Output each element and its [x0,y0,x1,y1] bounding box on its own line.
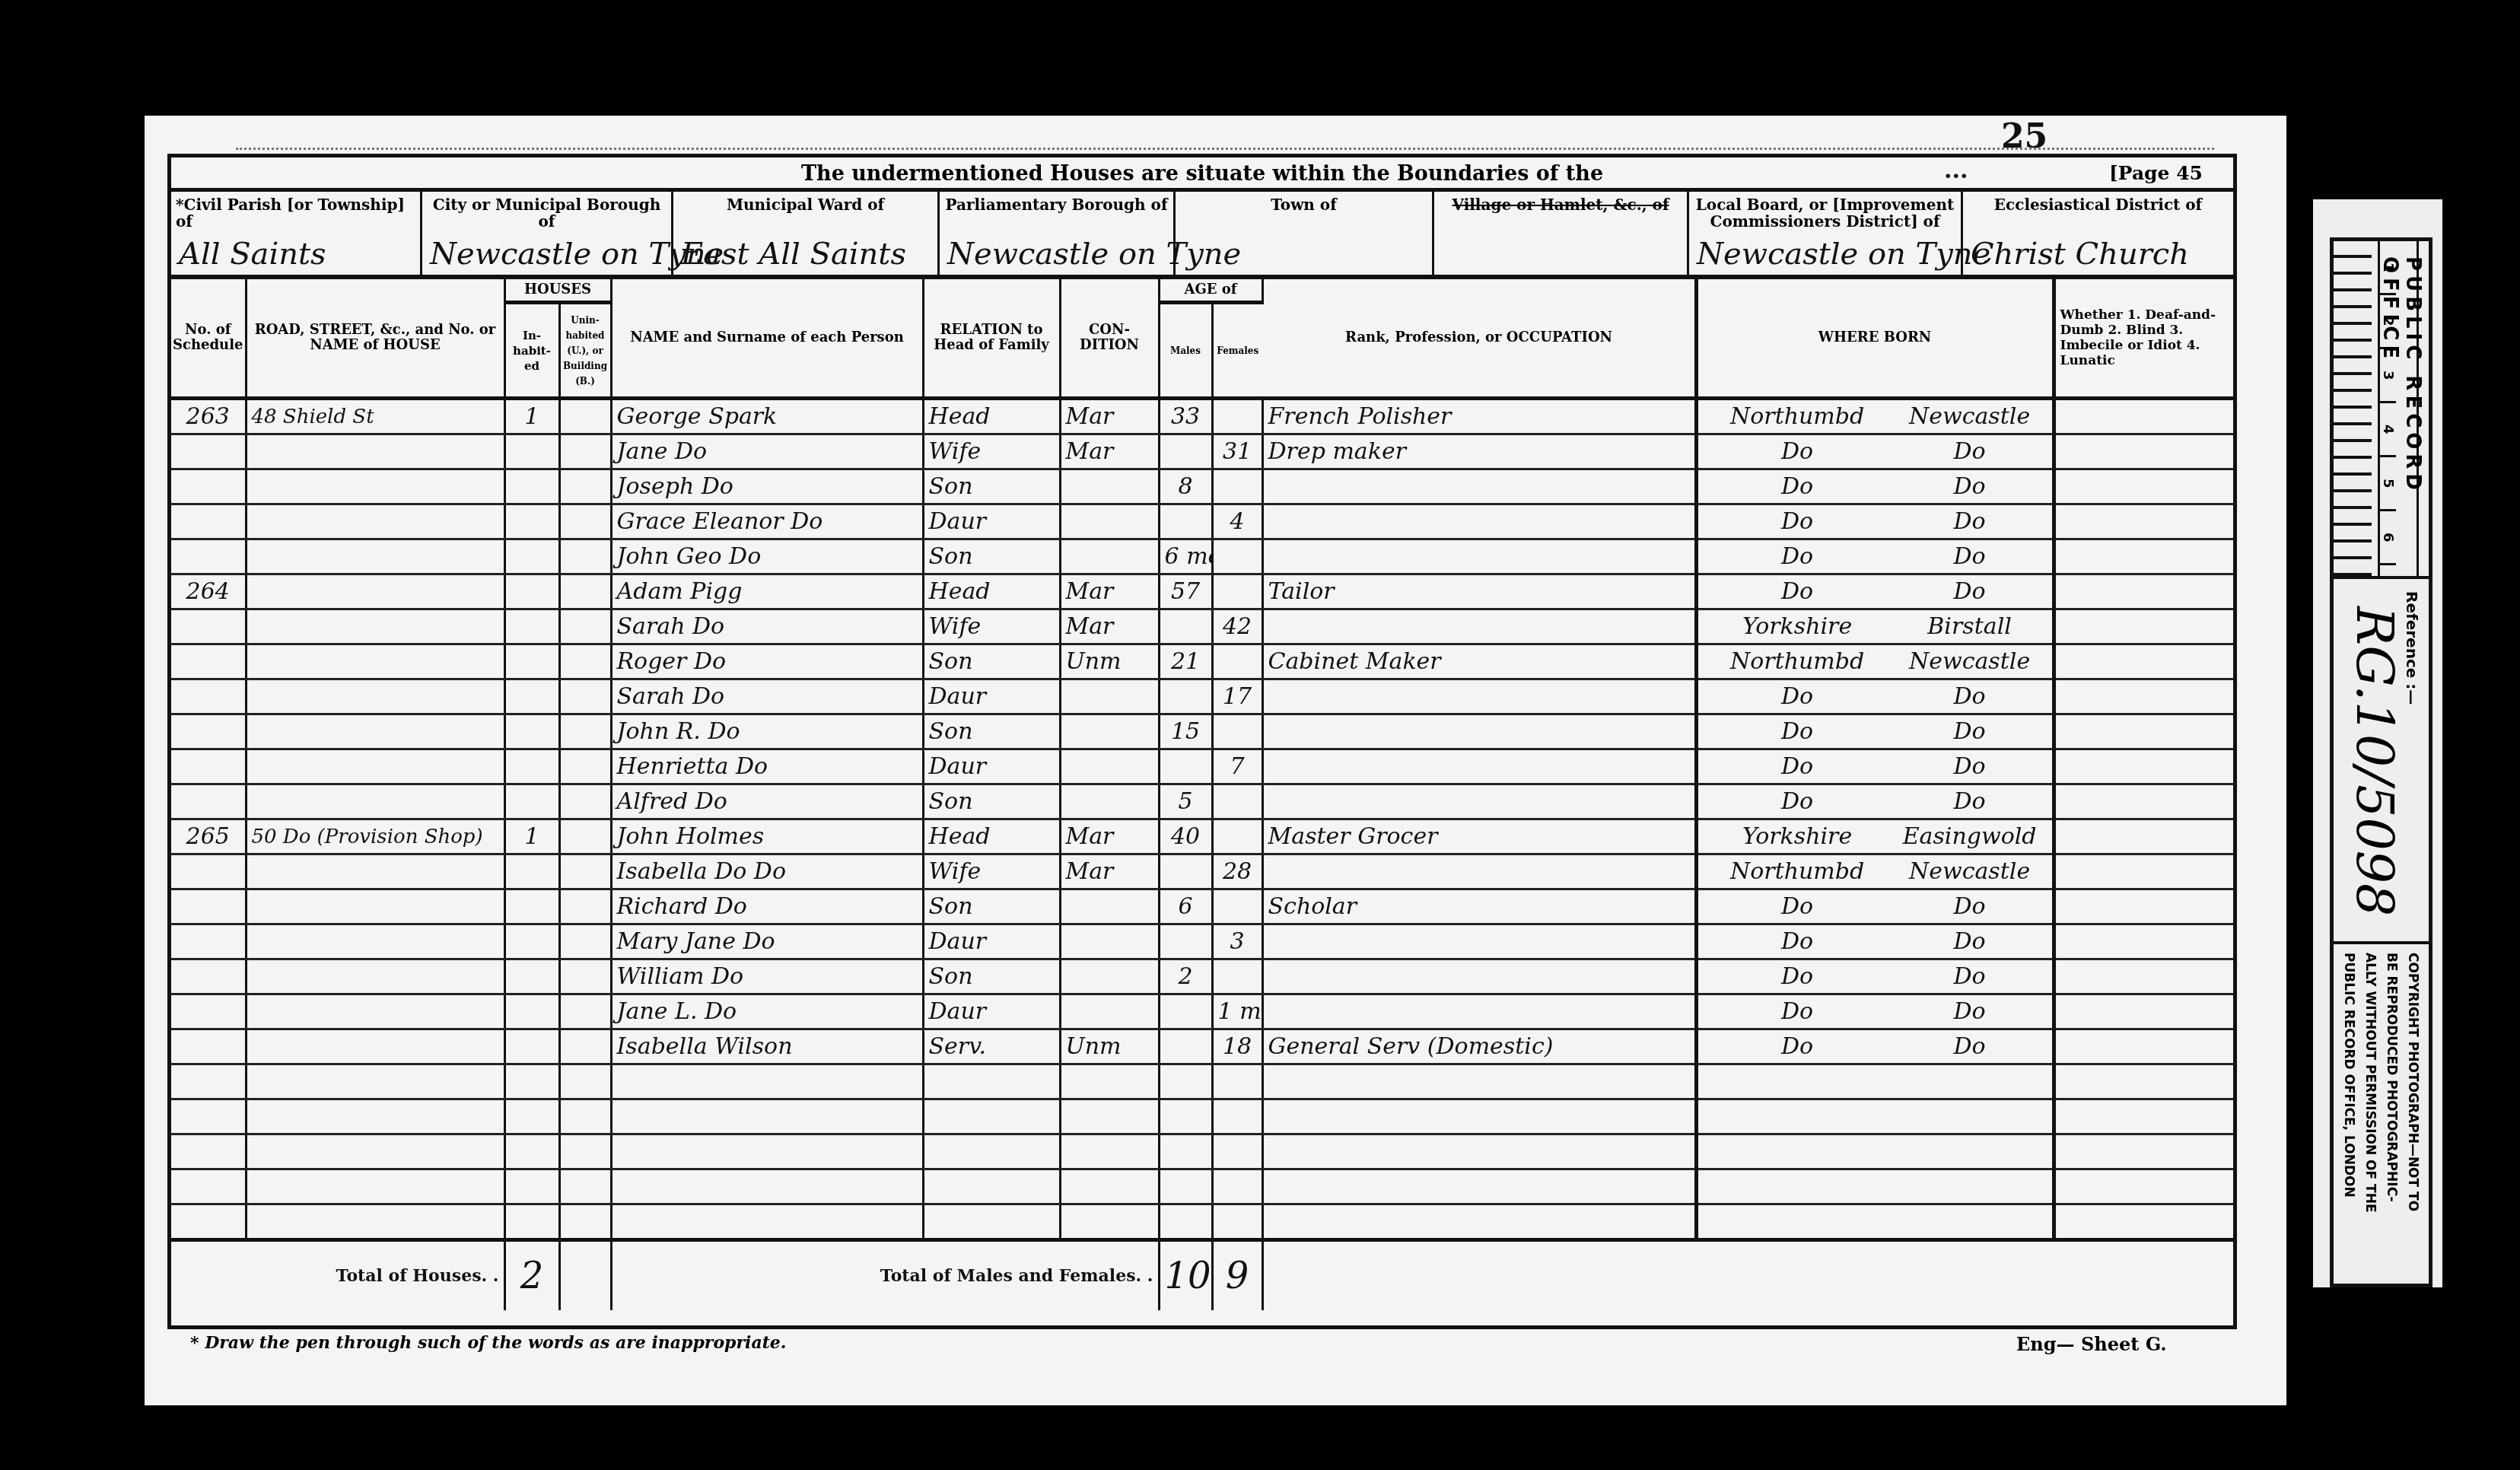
row-male-age [1159,1099,1212,1134]
table-row: Richard DoSon6ScholarDoDo [171,889,2233,924]
row-inhabited [504,1064,559,1099]
total-houses-value: 2 [504,1240,559,1311]
row-female-age: 4 [1212,504,1262,539]
total-houses-label: Total of Houses. . [171,1240,504,1311]
row-occupation [1262,749,1696,784]
row-male-age [1159,1204,1212,1240]
row-infirmity [2054,574,2233,609]
copyright-line: BE REPRODUCED PHOTOGRAPHIC- [2382,953,2401,1280]
row-condition: Unm [1060,644,1159,679]
row-female-age [1212,469,1262,504]
row-schedule [171,539,246,574]
header-males: Males [1159,303,1212,399]
folio-number: 25 [2001,117,2048,156]
row-name: Sarah Do [611,609,923,644]
row-where-born: DoDo [1696,749,2054,784]
row-schedule [171,994,246,1029]
row-address [246,1204,504,1240]
banner-title: The undermentioned Houses are situate wi… [171,162,2233,186]
row-address [246,644,504,679]
row-where-born: DoDo [1696,994,2054,1029]
row-relation: Wife [923,434,1060,469]
copyright-notice: COPYRIGHT PHOTOGRAPH—NOT TO BE REPRODUCE… [2334,945,2429,1284]
row-address [246,574,504,609]
row-inhabited [504,1134,559,1169]
row-occupation [1262,854,1696,889]
row-uninhabited [559,1204,611,1240]
row-uninhabited [559,784,611,819]
district-value: East All Saints [681,237,906,272]
row-schedule: 265 [171,819,246,854]
table-row: Sarah DoWifeMar42YorkshireBirstall [171,609,2233,644]
district-village: Village or Hamlet, &c., of [1434,192,1689,275]
born-county: Do [1703,543,1892,570]
row-uninhabited [559,1029,611,1064]
row-relation: Daur [923,994,1060,1029]
dotted-rule [236,148,2214,150]
row-name: Jane Do [611,434,923,469]
row-male-age [1159,1134,1212,1169]
row-male-age [1159,854,1212,889]
born-county: Yorkshire [1703,823,1892,850]
row-occupation [1262,609,1696,644]
born-place: Do [1892,1033,2048,1060]
header-condition: CON-DITION [1060,279,1159,399]
born-county: Northumbd [1703,648,1892,675]
row-inhabited [504,924,559,959]
row-name: John Holmes [611,819,923,854]
row-name [611,1064,923,1099]
row-where-born: YorkshireEasingwold [1696,819,2054,854]
born-place: Do [1892,543,2048,570]
sheet-label: Eng— Sheet G. [2016,1333,2167,1355]
total-males-value: 10 [1159,1240,1212,1311]
table-row: Jane L. DoDaur1 moDoDo [171,994,2233,1029]
row-schedule [171,504,246,539]
row-name: Sarah Do [611,679,923,714]
district-label: Parliamentary Borough of [940,196,1173,213]
row-female-age: 18 [1212,1029,1262,1064]
born-place: Do [1892,578,2048,605]
born-place: Do [1892,753,2048,780]
row-condition: Mar [1060,399,1159,434]
table-row: John Geo DoSon6 moDoDo [171,539,2233,574]
row-occupation: Drep maker [1262,434,1696,469]
row-condition [1060,749,1159,784]
header-age: AGE of [1159,279,1262,303]
row-infirmity [2054,1204,2233,1240]
row-occupation [1262,469,1696,504]
row-inhabited [504,784,559,819]
total-uninhabited-cell [559,1240,611,1311]
row-male-age: 6 mo [1159,539,1212,574]
district-value: Newcastle on Tyne [1697,237,1990,272]
row-female-age [1212,1064,1262,1099]
row-occupation [1262,924,1696,959]
table-row: Jane DoWifeMar31Drep makerDoDo [171,434,2233,469]
row-schedule [171,854,246,889]
born-place: Birstall [1892,613,2048,640]
row-uninhabited [559,889,611,924]
row-inhabited [504,1204,559,1240]
row-schedule [171,924,246,959]
total-persons-label: Total of Males and Females. . [611,1240,1159,1311]
reference-value: RG.10/5098 [2344,606,2404,916]
row-schedule [171,1169,246,1204]
row-address: 50 Do (Provision Shop) [246,819,504,854]
row-inhabited [504,1169,559,1204]
row-name [611,1169,923,1204]
row-uninhabited [559,994,611,1029]
row-relation: Head [923,819,1060,854]
row-uninhabited [559,1064,611,1099]
row-male-age [1159,749,1212,784]
district-label: Town of [1176,196,1432,213]
row-uninhabited [559,399,611,434]
row-infirmity [2054,819,2233,854]
row-female-age [1212,644,1262,679]
totals-row: Total of Houses. . 2 Total of Males and … [171,1240,2233,1311]
row-name: John Geo Do [611,539,923,574]
copyright-line: ALLY WITHOUT PERMISSION OF THE [2360,953,2380,1280]
born-place: Do [1892,963,2048,990]
table-row [171,1064,2233,1099]
row-schedule [171,784,246,819]
row-name: Adam Pigg [611,574,923,609]
row-infirmity [2054,924,2233,959]
born-county: Do [1703,893,1892,920]
row-condition: Mar [1060,574,1159,609]
row-schedule [171,749,246,784]
row-name: William Do [611,959,923,994]
row-infirmity [2054,609,2233,644]
born-county: Northumbd [1703,403,1892,430]
row-occupation [1262,714,1696,749]
row-uninhabited [559,644,611,679]
row-uninhabited [559,924,611,959]
row-name: Henrietta Do [611,749,923,784]
pro-header: PUBLIC RECORD OFFICE [2378,256,2424,576]
row-inhabited [504,504,559,539]
row-where-born: NorthumbdNewcastle [1696,854,2054,889]
district-local-board: Local Board, or [Improvement Commissione… [1689,192,1963,275]
row-female-age: 1 mo [1212,994,1262,1029]
row-address [246,1029,504,1064]
row-address [246,504,504,539]
row-uninhabited [559,504,611,539]
row-address [246,434,504,469]
born-place: Do [1892,998,2048,1025]
row-condition [1060,784,1159,819]
row-where-born: DoDo [1696,959,2054,994]
born-county: Do [1703,473,1892,500]
row-condition: Mar [1060,819,1159,854]
row-name: Isabella Do Do [611,854,923,889]
row-name [611,1134,923,1169]
header-schedule: No. of Schedule [171,279,246,399]
row-relation [923,1134,1060,1169]
row-female-age: 3 [1212,924,1262,959]
row-inhabited [504,889,559,924]
row-name [611,1099,923,1134]
row-address [246,959,504,994]
row-condition [1060,504,1159,539]
header-inhabited: In-habit-ed [504,303,559,399]
row-uninhabited [559,679,611,714]
banner: The undermentioned Houses are situate wi… [171,157,2233,192]
row-relation: Son [923,889,1060,924]
row-where-born [1696,1099,2054,1134]
ruler-ticks [2334,241,2372,576]
row-occupation [1262,1134,1696,1169]
row-condition [1060,1134,1159,1169]
row-infirmity [2054,1064,2233,1099]
row-female-age [1212,1099,1262,1134]
row-where-born: DoDo [1696,1029,2054,1064]
row-address [246,1134,504,1169]
header-uninhabited: Unin-habited (U.), or Building (B.) [559,303,611,399]
row-uninhabited [559,854,611,889]
row-where-born: DoDo [1696,469,2054,504]
row-where-born: DoDo [1696,679,2054,714]
row-where-born [1696,1204,2054,1240]
row-condition: Mar [1060,609,1159,644]
table-row: John R. DoSon15DoDo [171,714,2233,749]
total-blank-cell [1262,1240,2233,1311]
row-female-age: 17 [1212,679,1262,714]
row-relation: Daur [923,749,1060,784]
scale-ruler: 1 2 3 4 5 6 PUBLIC RECORD OFFICE [2334,241,2429,579]
row-male-age: 6 [1159,889,1212,924]
row-name: Alfred Do [611,784,923,819]
census-page: 25 The undermentioned Houses are situate… [145,116,2286,1405]
row-where-born [1696,1064,2054,1099]
row-inhabited [504,959,559,994]
header-houses: HOUSES [504,279,611,303]
row-uninhabited [559,574,611,609]
row-female-age [1212,574,1262,609]
born-county: Do [1703,438,1892,465]
born-county: Do [1703,753,1892,780]
row-uninhabited [559,609,611,644]
row-schedule: 263 [171,399,246,434]
district-ecclesiastical: Ecclesiastical District of Christ Church [1963,192,2233,275]
row-relation: Wife [923,609,1060,644]
row-uninhabited [559,714,611,749]
row-inhabited [504,749,559,784]
row-name: Grace Eleanor Do [611,504,923,539]
row-occupation [1262,1099,1696,1134]
row-address [246,714,504,749]
row-relation: Daur [923,924,1060,959]
header-females: Females [1212,303,1262,399]
row-occupation [1262,679,1696,714]
row-occupation: Master Grocer [1262,819,1696,854]
row-infirmity [2054,784,2233,819]
row-female-age: 42 [1212,609,1262,644]
born-place: Do [1892,438,2048,465]
born-place: Easingwold [1892,823,2048,850]
row-occupation [1262,1204,1696,1240]
row-female-age [1212,714,1262,749]
row-occupation [1262,959,1696,994]
row-relation [923,1064,1060,1099]
row-occupation [1262,1064,1696,1099]
table-row: Mary Jane DoDaur3DoDo [171,924,2233,959]
row-inhabited [504,994,559,1029]
table-row: 26550 Do (Provision Shop)1John HolmesHea… [171,819,2233,854]
row-infirmity [2054,644,2233,679]
table-row: Sarah DoDaur17DoDo [171,679,2233,714]
row-infirmity [2054,434,2233,469]
row-inhabited [504,434,559,469]
row-inhabited [504,609,559,644]
row-female-age [1212,889,1262,924]
born-county: Do [1703,1033,1892,1060]
table-row: Roger DoSonUnm21Cabinet MakerNorthumbdNe… [171,644,2233,679]
row-condition [1060,469,1159,504]
row-where-born: DoDo [1696,539,2054,574]
row-male-age [1159,1064,1212,1099]
row-schedule [171,959,246,994]
born-place: Do [1892,788,2048,815]
row-male-age [1159,504,1212,539]
table-row: 264Adam PiggHeadMar57TailorDoDo [171,574,2233,609]
header-relation: RELATION to Head of Family [923,279,1060,399]
row-male-age [1159,679,1212,714]
row-uninhabited [559,749,611,784]
born-place: Newcastle [1892,858,2048,885]
district-parliamentary-borough: Parliamentary Borough of Newcastle on Ty… [940,192,1176,275]
row-where-born: DoDo [1696,924,2054,959]
row-female-age [1212,1204,1262,1240]
row-occupation: General Serv (Domestic) [1262,1029,1696,1064]
born-county: Yorkshire [1703,613,1892,640]
row-infirmity [2054,749,2233,784]
row-infirmity [2054,539,2233,574]
born-county: Do [1703,998,1892,1025]
row-address [246,854,504,889]
row-name: John R. Do [611,714,923,749]
table-row: 26348 Shield St1George SparkHeadMar33Fre… [171,399,2233,434]
row-relation: Wife [923,854,1060,889]
reference-card: 1 2 3 4 5 6 PUBLIC RECORD OFFICE Referen… [2313,199,2442,1287]
row-relation: Serv. [923,1029,1060,1064]
table-row [171,1204,2233,1240]
row-female-age [1212,1134,1262,1169]
row-female-age: 28 [1212,854,1262,889]
header-name: NAME and Surname of each Person [611,279,923,399]
banner-ellipsis: ... [1944,157,1968,184]
row-where-born: DoDo [1696,714,2054,749]
row-name: Mary Jane Do [611,924,923,959]
row-where-born: DoDo [1696,504,2054,539]
row-male-age: 40 [1159,819,1212,854]
row-relation: Son [923,784,1060,819]
row-schedule [171,469,246,504]
row-female-age [1212,399,1262,434]
row-occupation [1262,1169,1696,1204]
table-row: Henrietta DoDaur7DoDo [171,749,2233,784]
district-label: *Civil Parish [or Township] of [171,196,420,230]
row-relation [923,1169,1060,1204]
row-condition [1060,1204,1159,1240]
born-place: Do [1892,893,2048,920]
row-schedule [171,1134,246,1169]
copyright-line: COPYRIGHT PHOTOGRAPH—NOT TO [2403,953,2423,1280]
header-infirmity: Whether 1. Deaf-and-Dumb 2. Blind 3. Imb… [2054,279,2233,399]
row-male-age: 8 [1159,469,1212,504]
row-where-born: DoDo [1696,889,2054,924]
row-infirmity [2054,469,2233,504]
born-county: Do [1703,928,1892,955]
row-schedule [171,889,246,924]
row-infirmity [2054,679,2233,714]
row-inhabited [504,539,559,574]
born-county: Do [1703,963,1892,990]
row-infirmity [2054,889,2233,924]
row-female-age: 31 [1212,434,1262,469]
table-row: Grace Eleanor DoDaur4DoDo [171,504,2233,539]
row-infirmity [2054,504,2233,539]
census-rows: 26348 Shield St1George SparkHeadMar33Fre… [171,399,2233,1240]
born-county: Do [1703,683,1892,710]
born-county: Do [1703,718,1892,745]
row-where-born: YorkshireBirstall [1696,609,2054,644]
row-inhabited [504,1029,559,1064]
row-occupation: French Polisher [1262,399,1696,434]
row-uninhabited [559,539,611,574]
table-row [171,1099,2233,1134]
row-where-born: NorthumbdNewcastle [1696,399,2054,434]
row-infirmity [2054,959,2233,994]
row-relation: Son [923,539,1060,574]
row-male-age: 33 [1159,399,1212,434]
row-schedule [171,434,246,469]
row-female-age [1212,784,1262,819]
row-condition: Unm [1060,1029,1159,1064]
born-county: Northumbd [1703,858,1892,885]
row-occupation: Scholar [1262,889,1696,924]
table-row [171,1134,2233,1169]
row-infirmity [2054,399,2233,434]
row-male-age [1159,924,1212,959]
copyright-line: PUBLIC RECORD OFFICE, LONDON [2339,953,2359,1280]
row-occupation [1262,504,1696,539]
row-female-age [1212,959,1262,994]
row-infirmity [2054,1029,2233,1064]
row-relation: Head [923,399,1060,434]
row-inhabited [504,644,559,679]
row-name: Richard Do [611,889,923,924]
row-address [246,924,504,959]
footnote: * Draw the pen through such of the words… [190,1333,787,1353]
born-place: Do [1892,718,2048,745]
row-schedule: 264 [171,574,246,609]
born-place: Do [1892,683,2048,710]
census-table: No. of Schedule ROAD, STREET, &c., and N… [171,279,2233,1310]
row-inhabited [504,574,559,609]
district-value: Christ Church [1971,237,2189,272]
row-name: Jane L. Do [611,994,923,1029]
row-where-born: NorthumbdNewcastle [1696,644,2054,679]
row-address [246,539,504,574]
row-where-born [1696,1169,2054,1204]
row-infirmity [2054,1169,2233,1204]
row-where-born: DoDo [1696,784,2054,819]
row-condition [1060,889,1159,924]
row-inhabited [504,1099,559,1134]
